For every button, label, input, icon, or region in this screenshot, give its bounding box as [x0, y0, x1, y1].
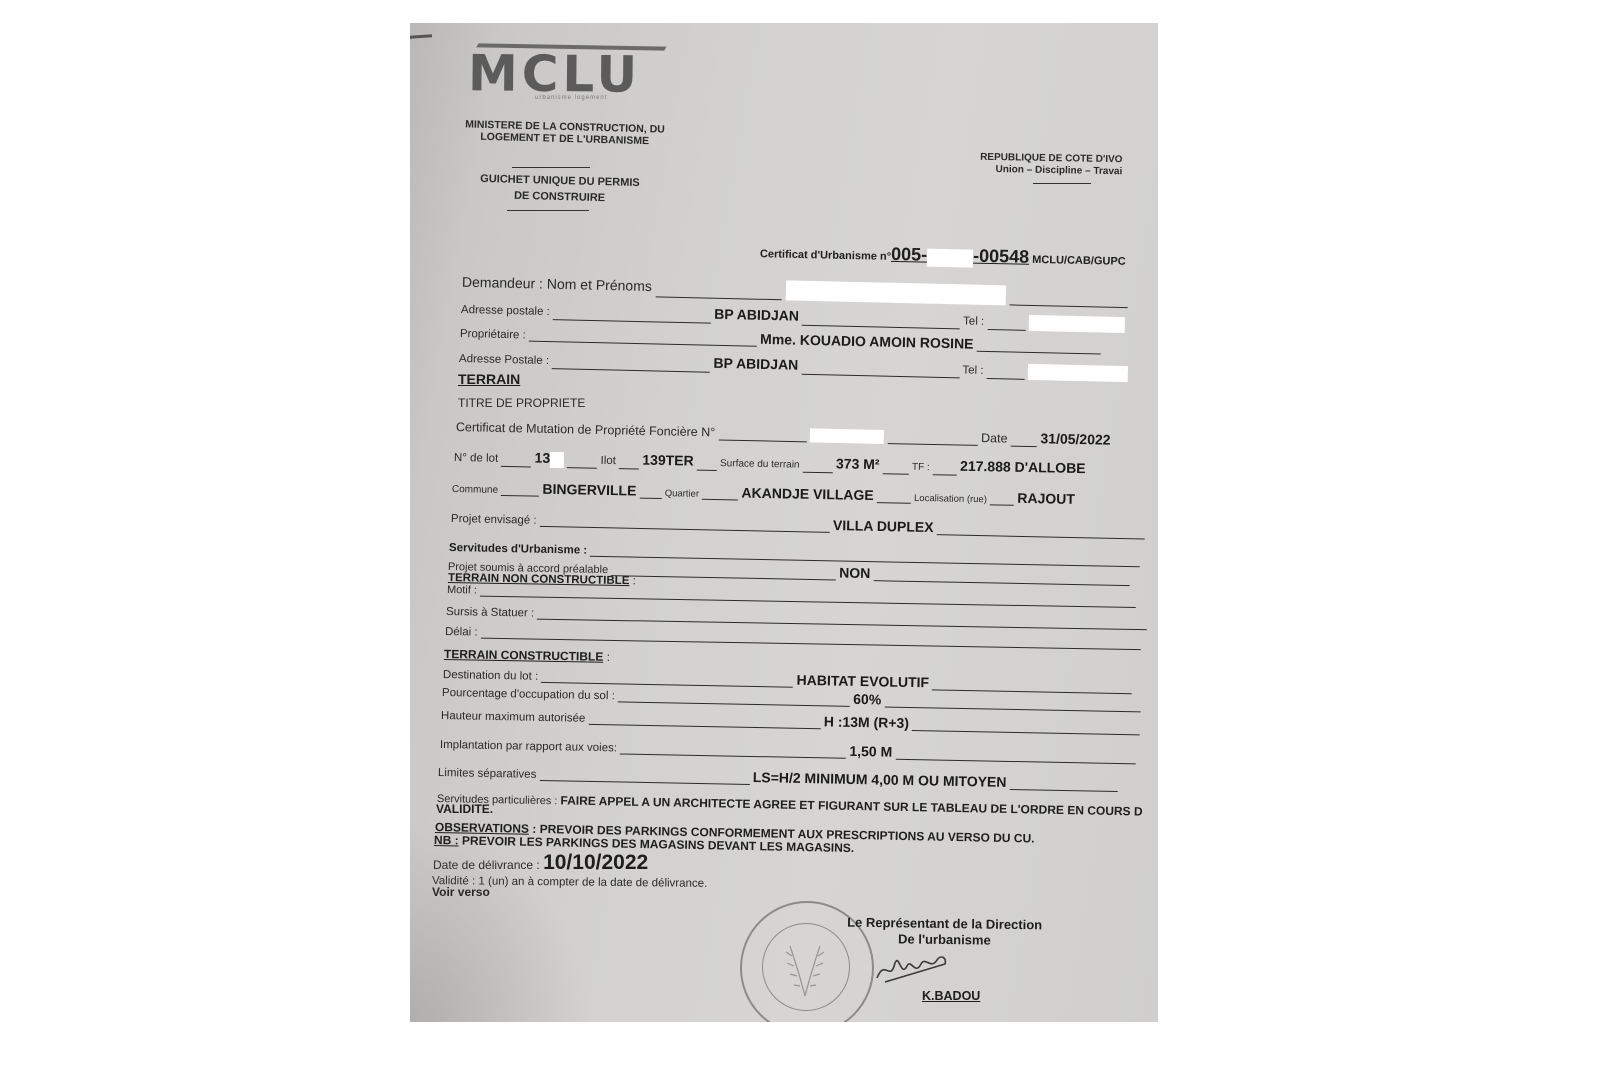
- fill-line: [933, 462, 957, 475]
- particulieres-row-2: VALIDITE.: [436, 802, 493, 816]
- fill-line: [803, 460, 833, 474]
- ministry-name: MINISTERE DE LA CONSTRUCTION, DU LOGEMEN…: [465, 118, 665, 147]
- projet-label: Projet envisagé :: [451, 513, 537, 527]
- applicant-address-value: BP ABIDJAN: [714, 306, 799, 324]
- implantation-row: Implantation par rapport aux voies: 1,50…: [440, 735, 1136, 764]
- occupation-value: 60%: [853, 691, 881, 708]
- particulieres-value: FAIRE APPEL A UN ARCHITECTE AGREE ET FIG…: [560, 793, 1142, 818]
- owner-value: Mme. KOUADIO AMOIN ROSINE: [760, 331, 974, 352]
- redaction-box: [1028, 364, 1128, 382]
- applicant-address-label: Adresse postale :: [461, 304, 550, 318]
- terrain-heading: TERRAIN: [458, 371, 520, 387]
- surface-label: Surface du terrain: [720, 458, 800, 471]
- constructible-row: TERRAIN CONSTRUCTIBLE :: [444, 647, 610, 664]
- localisation-value: RAJOUT: [1017, 490, 1075, 507]
- lot-value: 13: [534, 450, 550, 466]
- owner-label: Propriétaire :: [460, 328, 526, 341]
- fill-line: [529, 329, 757, 347]
- signatory-title: Le Représentant de la Direction De l'urb…: [847, 915, 1042, 950]
- redaction-box: [810, 428, 884, 444]
- fill-line: [987, 366, 1025, 380]
- fill-line: [480, 584, 1136, 608]
- motif-row: Motif :: [447, 583, 1136, 608]
- date-value: 31/05/2022: [1040, 430, 1110, 447]
- fill-line: [873, 568, 1129, 586]
- fill-line: [987, 317, 1025, 331]
- limites-value: LS=H/2 MINIMUM 4,00 M OU MITOYEN: [753, 769, 1007, 790]
- lot-row: N° de lot 13 Ilot 139TER Surface du terr…: [454, 448, 1086, 478]
- fill-line: [1011, 433, 1037, 447]
- fill-line: [618, 689, 850, 706]
- redaction-box: [927, 249, 973, 268]
- terrain-heading-row: TERRAIN: [458, 371, 520, 387]
- fill-line: [801, 362, 959, 379]
- fill-line: [802, 313, 960, 330]
- divider: [1033, 183, 1091, 184]
- commune-value: BINGERVILLE: [542, 481, 636, 499]
- fill-line: [697, 458, 717, 471]
- sursis-label: Sursis à Statuer :: [446, 606, 534, 620]
- quartier-label: Quartier: [665, 488, 700, 500]
- certificate-reference: MCLU/CAB/GUPC: [1032, 254, 1126, 268]
- limites-label: Limites séparatives: [438, 767, 537, 781]
- fill-line: [990, 492, 1014, 505]
- commune-row: Commune BINGERVILLE Quartier AKANDJE VIL…: [452, 479, 1075, 507]
- localisation-label: Localisation (rue): [914, 493, 987, 505]
- delai-row: Délai :: [445, 625, 1141, 650]
- commune-label: Commune: [452, 484, 498, 496]
- delivery-date-label: Date de délivrance :: [433, 858, 540, 872]
- signatory-name: K.BADOU: [922, 989, 980, 1003]
- fill-line: [937, 522, 1145, 539]
- hauteur-value: H :13M (R+3): [824, 713, 909, 731]
- fill-line: [883, 461, 909, 474]
- nb-label: NB :: [434, 833, 459, 847]
- fill-line: [611, 563, 836, 580]
- fill-line: [619, 456, 639, 469]
- fill-line: [702, 487, 738, 501]
- tf-value: 217.888 D'ALLOBE: [960, 458, 1086, 476]
- fill-line: [537, 607, 1147, 631]
- signature-icon: [875, 948, 950, 988]
- motif-label: Motif :: [447, 584, 477, 597]
- applicant-name-label: Demandeur : Nom et Prénoms: [462, 274, 652, 294]
- title-label: TITRE DE PROPRIETE: [458, 396, 585, 410]
- destination-label: Destination du lot :: [443, 669, 538, 683]
- implantation-label: Implantation par rapport aux voies:: [440, 739, 617, 754]
- divider: [512, 167, 590, 168]
- fill-line: [481, 626, 1141, 651]
- republic-motto: Union – Discipline – Travai: [980, 164, 1123, 178]
- fill-line: [539, 768, 749, 785]
- limites-row: Limites séparatives LS=H/2 MINIMUM 4,00 …: [438, 763, 1118, 792]
- fill-line: [655, 284, 781, 300]
- fill-line: [895, 747, 1135, 765]
- validity-row: Validité : 1 (un) an à compter de la dat…: [432, 875, 707, 890]
- fill-line: [1010, 777, 1118, 792]
- fill-line: [1009, 292, 1127, 308]
- redaction-box: [550, 452, 564, 468]
- particulieres-value-2: VALIDITE.: [436, 802, 493, 816]
- verso-row: Voir verso: [432, 885, 490, 899]
- redaction-box: [785, 280, 1005, 305]
- fill-line: [553, 307, 711, 324]
- redaction-box: [1028, 315, 1124, 333]
- implantation-value: 1,50 M: [849, 743, 892, 760]
- hauteur-label: Hauteur maximum autorisée: [441, 710, 586, 725]
- owner-address-row: Adresse Postale : BP ABIDJAN Tel :: [459, 349, 1128, 382]
- fill-line: [877, 490, 911, 504]
- mutation-label: Certificat de Mutation de Propriété Fonc…: [456, 420, 716, 439]
- signatory-title-line-2: De l'urbanisme: [847, 931, 1042, 950]
- accord-value: NON: [839, 565, 870, 582]
- fill-line: [501, 454, 531, 468]
- projet-value: VILLA DUPLEX: [833, 517, 934, 535]
- verso-text: Voir verso: [432, 885, 490, 899]
- certificate-number-suffix: -00548: [973, 246, 1029, 267]
- republic-header: REPUBLIQUE DE COTE D'IVO Union – Discipl…: [980, 152, 1123, 178]
- fill-line: [912, 718, 1140, 735]
- fill-line: [977, 339, 1101, 355]
- fill-line: [567, 455, 597, 469]
- applicant-tel-label: Tel :: [963, 315, 984, 327]
- owner-address-label: Adresse Postale :: [459, 353, 549, 367]
- fill-line: [540, 514, 830, 533]
- fill-line: [719, 427, 807, 442]
- owner-address-value: BP ABIDJAN: [713, 355, 798, 373]
- date-label: Date: [981, 431, 1008, 446]
- surface-value: 373 M²: [836, 455, 880, 472]
- signatory-title-line-1: Le Représentant de la Direction: [847, 915, 1042, 934]
- fill-line: [887, 431, 977, 446]
- mutation-row: Certificat de Mutation de Propriété Fonc…: [456, 418, 1111, 448]
- fill-line: [639, 486, 661, 499]
- lot-label: N° de lot: [454, 452, 498, 465]
- delai-label: Délai :: [445, 626, 478, 639]
- guichet-name: GUICHET UNIQUE DU PERMIS DE CONSTRUIRE: [480, 171, 640, 207]
- tf-label: TF :: [912, 462, 930, 473]
- certificate-number: Certificat d'Urbanisme n°005--00548 MCLU…: [760, 241, 1126, 271]
- fill-line: [588, 712, 820, 729]
- certificate-number-prefix: 005-: [891, 244, 927, 265]
- ilot-value: 139TER: [642, 452, 694, 469]
- fill-line: [552, 356, 710, 373]
- scan-mark: [410, 34, 432, 39]
- fill-line: [884, 694, 1140, 712]
- fill-line: [501, 483, 539, 497]
- constructible-heading: TERRAIN CONSTRUCTIBLE: [444, 647, 604, 664]
- fill-line: [932, 677, 1132, 694]
- title-row: TITRE DE PROPRIETE: [458, 396, 585, 410]
- ilot-label: Ilot: [600, 455, 616, 467]
- owner-tel-label: Tel :: [962, 364, 983, 376]
- fill-line: [620, 741, 846, 758]
- delivery-date-row: Date de délivrance : 10/10/2022: [433, 851, 648, 875]
- destination-value: HABITAT EVOLUTIF: [796, 672, 929, 691]
- logo-subtitle: urbanisme logement: [535, 95, 607, 101]
- certificate-label: Certificat d'Urbanisme n°: [760, 248, 891, 263]
- occupation-label: Pourcentage d'occupation du sol :: [442, 687, 615, 702]
- delivery-date-value: 10/10/2022: [543, 851, 648, 874]
- particulieres-row: Servitudes particulières : FAIRE APPEL A…: [437, 791, 1143, 819]
- divider: [507, 210, 589, 211]
- observations-label: OBSERVATIONS: [435, 820, 529, 836]
- validity-text: Validité : 1 (un) an à compter de la dat…: [432, 875, 707, 890]
- projet-row: Projet envisagé : VILLA DUPLEX: [451, 509, 1145, 540]
- quartier-value: AKANDJE VILLAGE: [741, 485, 874, 504]
- servitudes-heading: Servitudes d'Urbanisme :: [449, 542, 587, 557]
- certificate-document: MCLU urbanisme logement MINISTERE DE LA …: [410, 23, 1158, 1022]
